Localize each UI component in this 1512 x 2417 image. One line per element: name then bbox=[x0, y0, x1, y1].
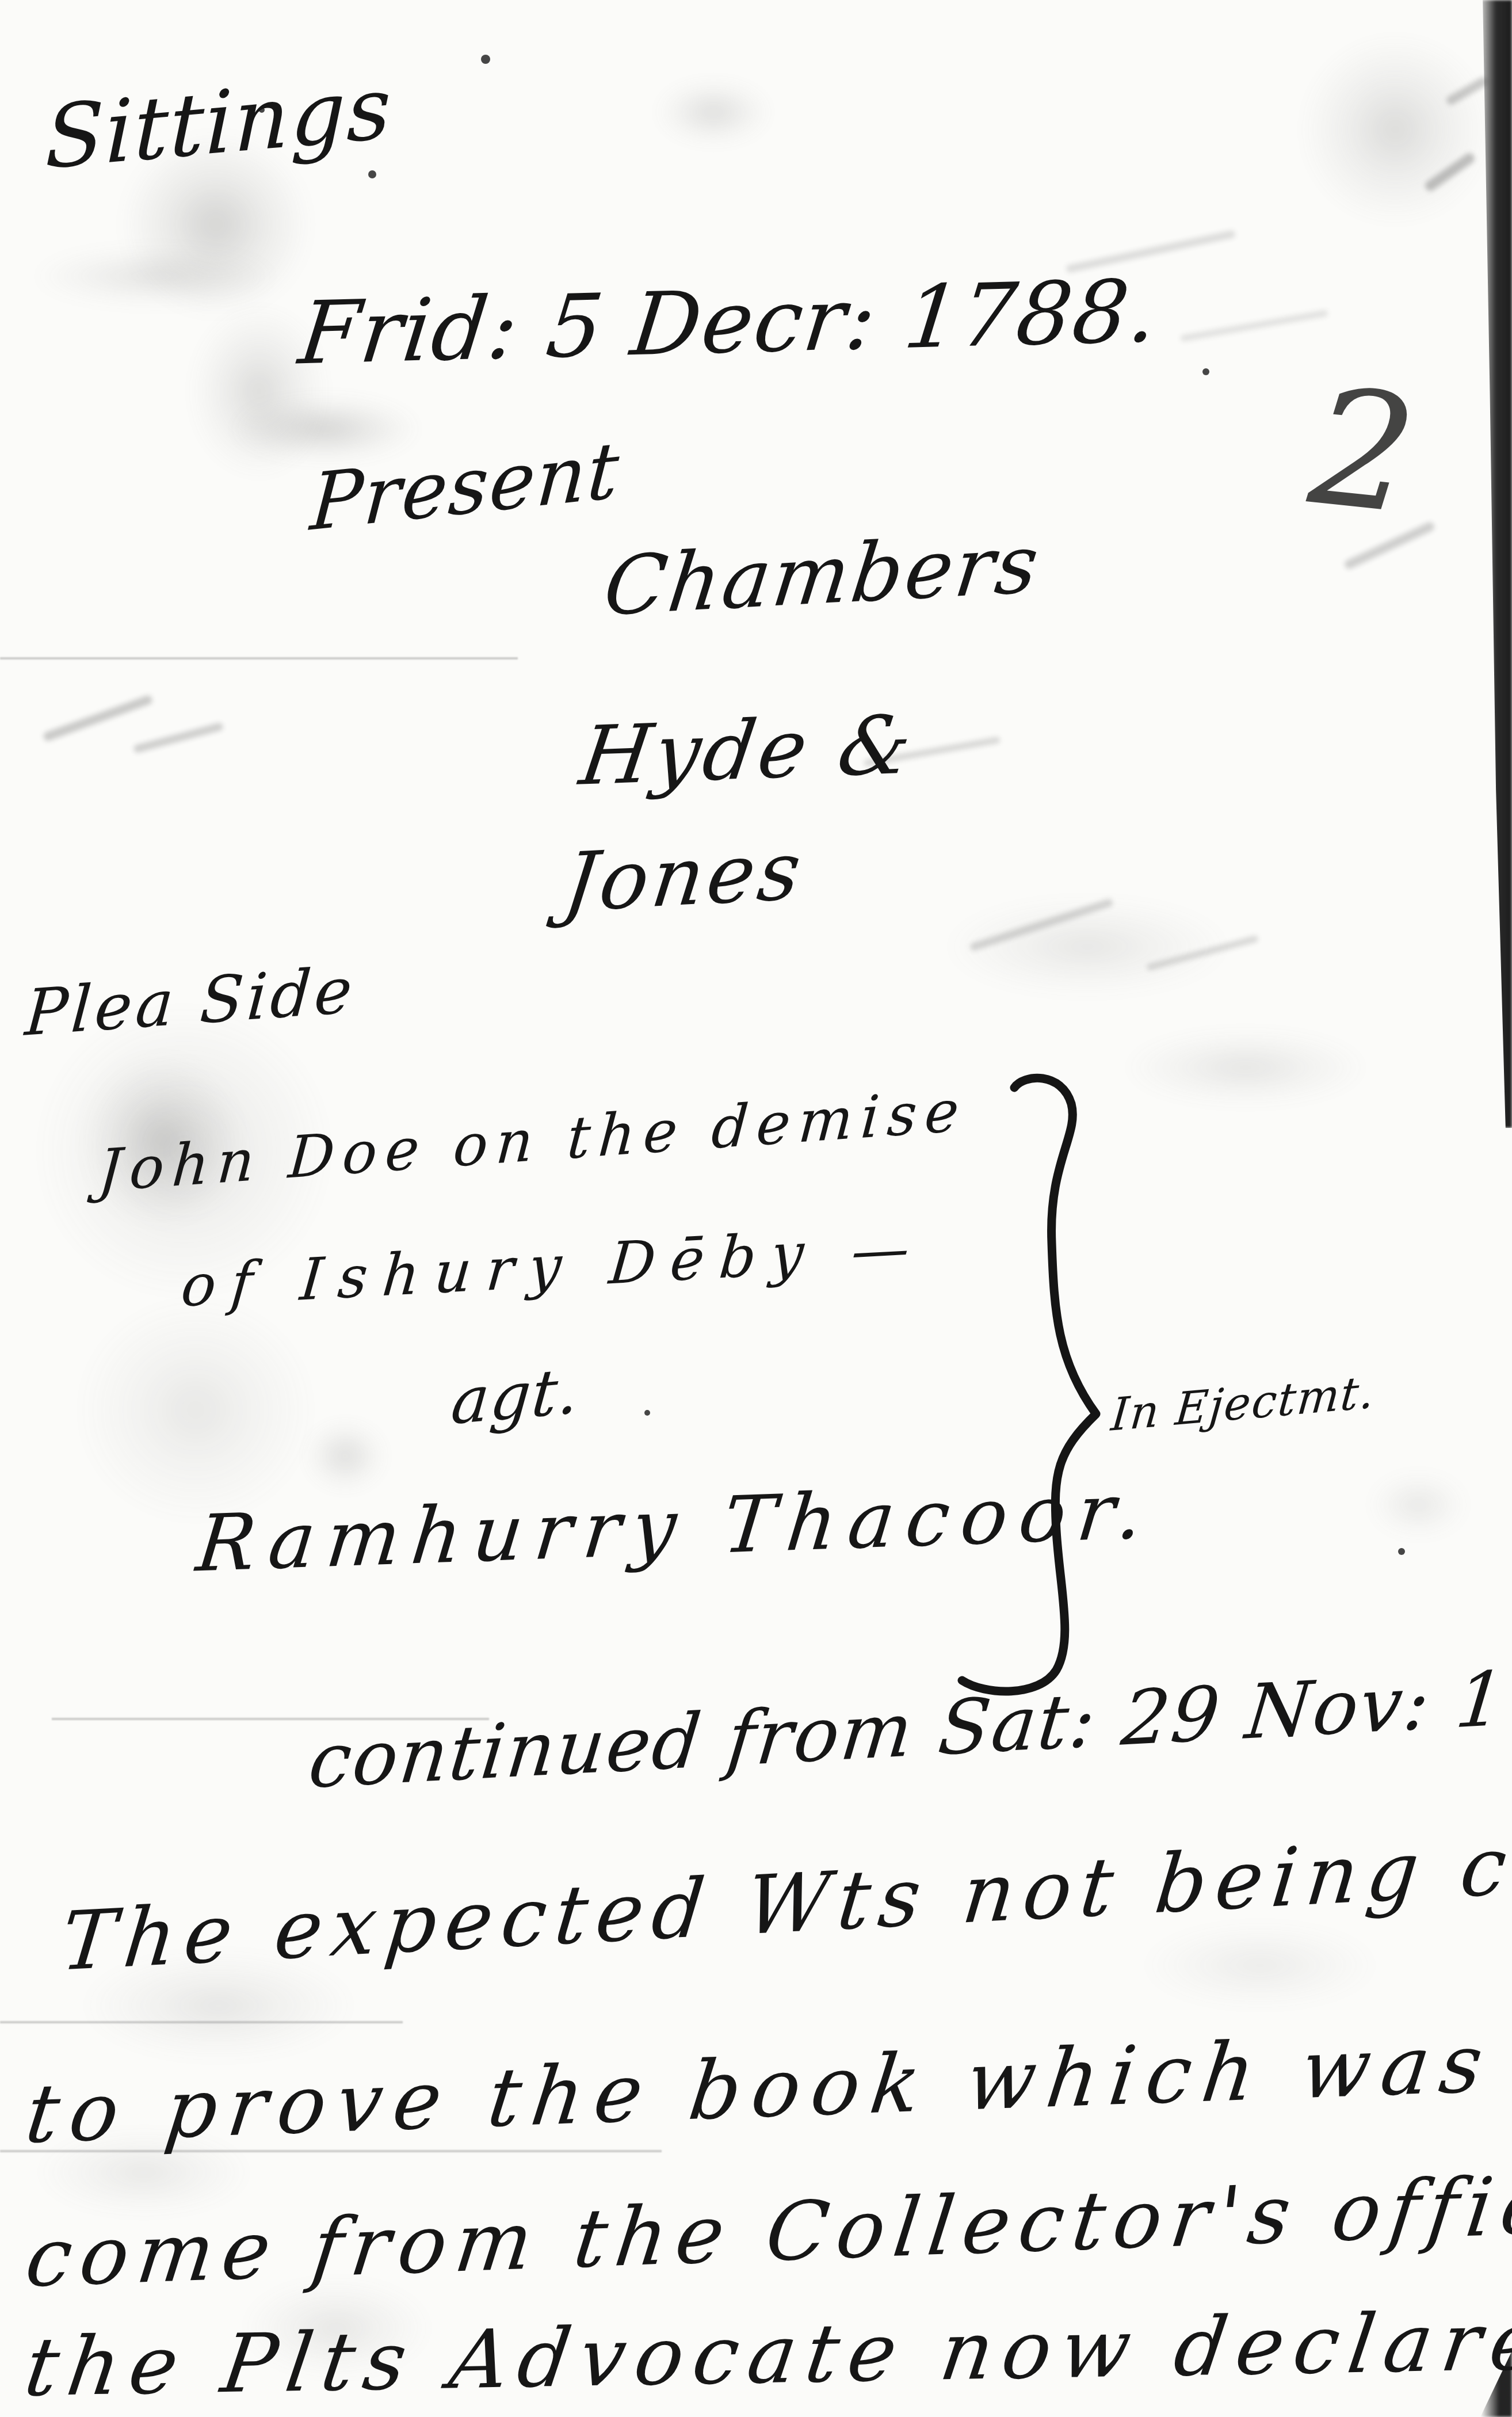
ink-smudge bbox=[305, 1421, 385, 1490]
side-label: Plea Side bbox=[23, 958, 357, 1045]
scan-artifact-line bbox=[0, 657, 518, 659]
ink-dot bbox=[1202, 368, 1209, 375]
manuscript-page: 2 Sittings Frid: 5 Decr: 1788. Present C… bbox=[0, 0, 1512, 2417]
judge-name-jones: Jones bbox=[560, 830, 808, 924]
ink-smudge bbox=[656, 81, 771, 144]
judge-name-hyde: Hyde & bbox=[575, 705, 919, 798]
ink-smudge bbox=[1139, 1922, 1381, 2008]
ink-dot bbox=[481, 55, 490, 64]
continuation-line: continued from Sat: 29 Nov: 1788. bbox=[306, 1652, 1512, 1799]
ink-dot bbox=[1398, 1548, 1405, 1555]
margin-numeral-mark: 2 bbox=[1304, 366, 1422, 537]
scan-artifact-line bbox=[0, 2021, 403, 2023]
ink-dot bbox=[644, 1410, 650, 1416]
ink-smudge bbox=[1122, 1030, 1369, 1105]
action-type-label: In Ejectmt. bbox=[1109, 1370, 1377, 1438]
judge-name-chambers: Chambers bbox=[600, 524, 1045, 628]
ink-streak bbox=[133, 722, 224, 754]
section-heading: Sittings bbox=[44, 64, 392, 182]
ink-smudge bbox=[32, 247, 279, 305]
hearing-date-line: Frid: 5 Decr: 1788. bbox=[295, 268, 1163, 378]
ink-smudge bbox=[1300, 35, 1490, 224]
ink-smudge bbox=[75, 1295, 316, 1525]
versus-abbreviation: agt. bbox=[449, 1359, 582, 1434]
ink-streak bbox=[1180, 310, 1328, 342]
ink-dot bbox=[368, 170, 376, 178]
scan-edge-band bbox=[1476, 0, 1512, 1128]
ink-smudge bbox=[1369, 1473, 1467, 1537]
ink-streak bbox=[42, 694, 153, 742]
case-brace bbox=[944, 1070, 1116, 1703]
